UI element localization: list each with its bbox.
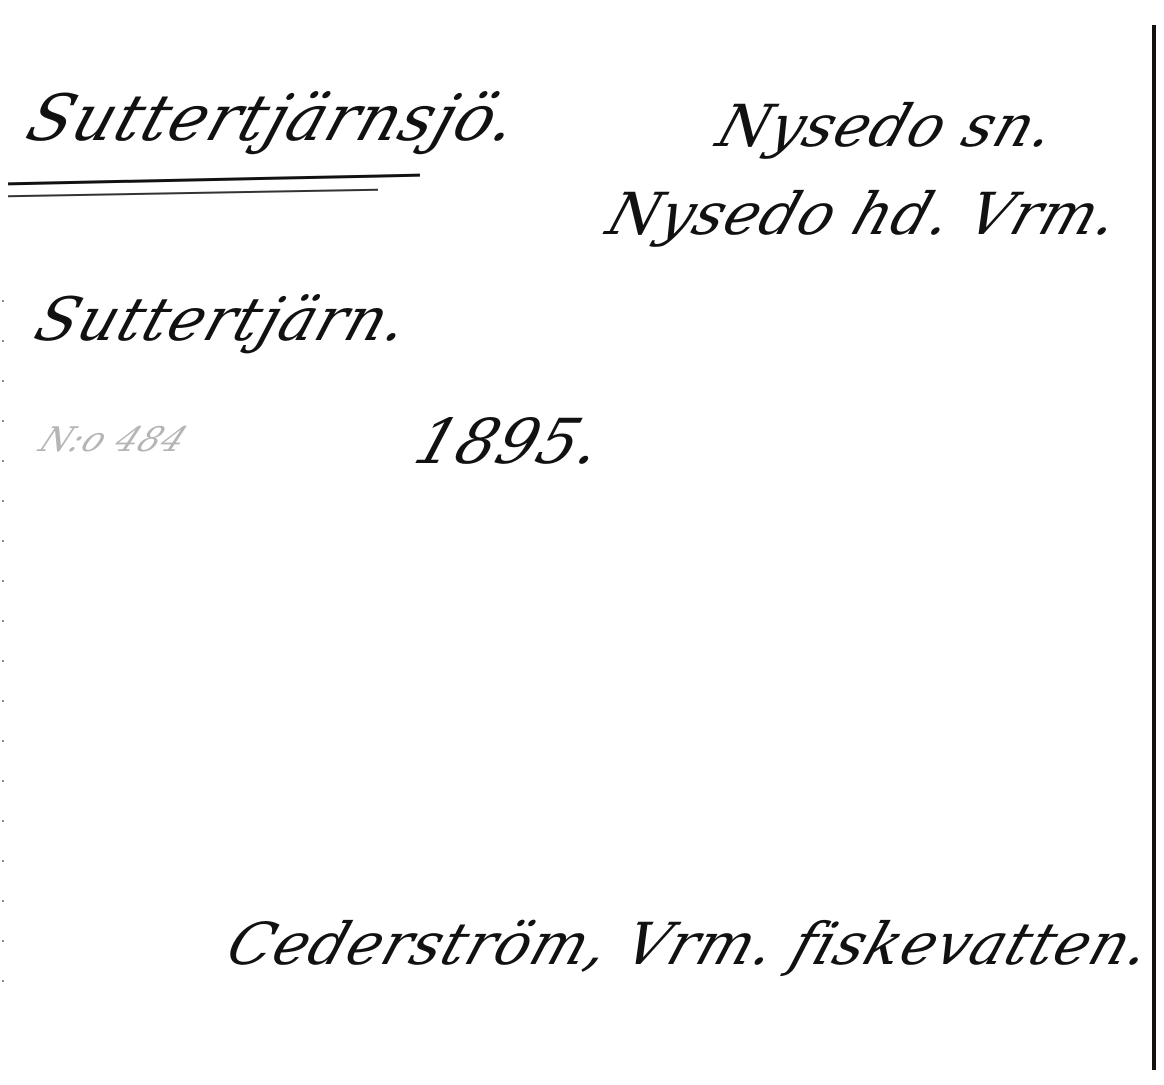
place-name-title: Suttertjärnsjö. [18,82,528,156]
title-underline-secondary [8,189,378,197]
source-reference: Cederström, Vrm. fiskevatten. [219,910,1160,978]
alternate-place-name: Suttertjärn. [27,285,419,355]
parish-label: Nysedo sn. [709,92,1065,160]
card-number-stamp: N:o 484 [33,420,195,460]
district-label: Nysedo hd. Vrm. [599,180,1129,248]
card-right-border [1152,25,1156,1070]
record-year: 1895. [406,405,612,478]
scan-edge-noise [2,300,4,1000]
title-underline [8,174,420,186]
archive-card: Suttertjärnsjö. Nysedo sn. Nysedo hd. Vr… [0,0,1164,1085]
